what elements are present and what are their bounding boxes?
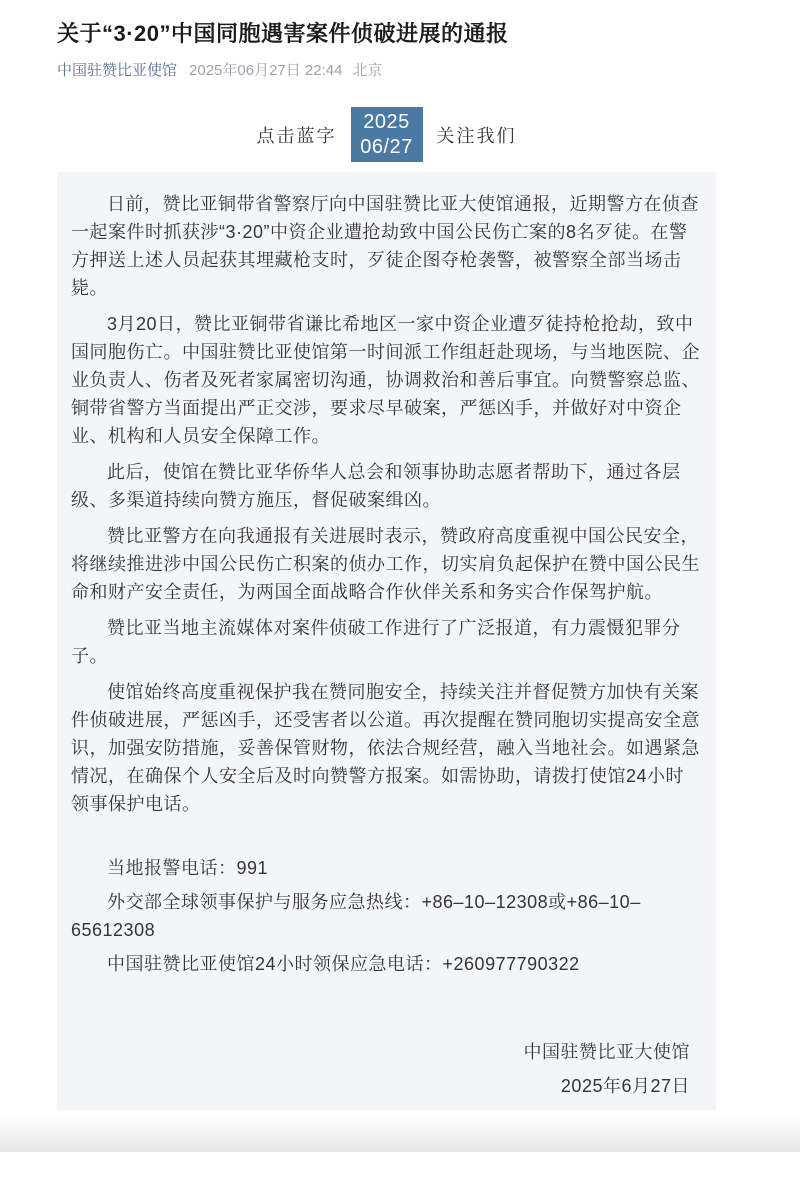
click-blue-text: 点击蓝字 — [257, 122, 337, 148]
follow-banner: 点击蓝字 2025 06/27 关注我们 — [57, 107, 716, 162]
badge-date: 06/27 — [360, 135, 413, 160]
paragraph-4: 赞比亚警方在向我通报有关进展时表示，赞政府高度重视中国公民安全，将继续推进涉中国… — [71, 522, 702, 606]
byline: 中国驻赞比亚使馆 2025年06月27日 22:44 北京 — [57, 62, 716, 80]
signature-block: 中国驻赞比亚大使馆 2025年6月27日 — [71, 1038, 702, 1100]
official-account-link[interactable]: 中国驻赞比亚使馆 — [57, 62, 177, 80]
paragraph-6: 使馆始终高度重视保护我在赞同胞安全，持续关注并督促赞方加快有关案件侦破进展，严惩… — [71, 678, 702, 818]
date-badge: 2025 06/27 — [351, 107, 423, 162]
notice-body: 日前，赞比亚铜带省警察厅向中国驻赞比亚大使馆通报，近期警方在侦查一起案件时抓获涉… — [57, 172, 716, 1110]
hotline-local-police: 当地报警电话：991 — [71, 854, 702, 882]
follow-us-text: 关注我们 — [437, 122, 517, 148]
badge-year: 2025 — [363, 110, 410, 135]
signature-date: 2025年6月27日 — [71, 1072, 690, 1100]
hotline-list: 当地报警电话：991 外交部全球领事保护与服务应急热线：+86–10–12308… — [71, 854, 702, 978]
paragraph-5: 赞比亚当地主流媒体对案件侦破工作进行了广泛报道，有力震慑犯罪分子。 — [71, 614, 702, 670]
hotline-embassy: 中国驻赞比亚使馆24小时领保应急电话：+260977790322 — [71, 950, 702, 978]
article-column: 关于“3·20”中国同胞遇害案件侦破进展的通报 中国驻赞比亚使馆 2025年06… — [57, 0, 716, 1110]
publish-location: 北京 — [352, 62, 382, 80]
page-title: 关于“3·20”中国同胞遇害案件侦破进展的通报 — [57, 0, 716, 47]
hotline-mfa-global: 外交部全球领事保护与服务应急热线：+86–10–12308或+86–10–656… — [71, 888, 702, 944]
page-bottom-fade — [0, 1114, 800, 1152]
paragraph-1: 日前，赞比亚铜带省警察厅向中国驻赞比亚大使馆通报，近期警方在侦查一起案件时抓获涉… — [71, 190, 702, 302]
publish-time: 2025年06月27日 22:44 — [189, 62, 342, 80]
paragraph-2: 3月20日，赞比亚铜带省谦比希地区一家中资企业遭歹徒持枪抢劫，致中国同胞伤亡。中… — [71, 310, 702, 450]
signature-name: 中国驻赞比亚大使馆 — [71, 1038, 690, 1066]
paragraph-3: 此后，使馆在赞比亚华侨华人总会和领事协助志愿者帮助下，通过各层级、多渠道持续向赞… — [71, 458, 702, 514]
